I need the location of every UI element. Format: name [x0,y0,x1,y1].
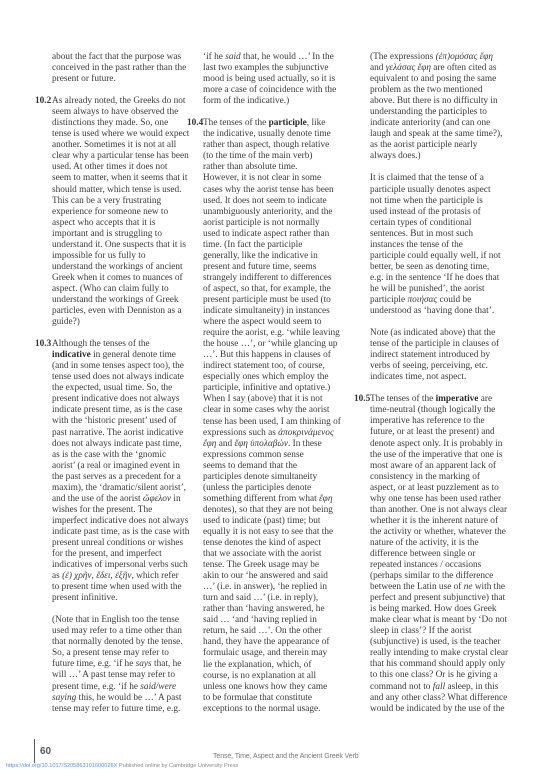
text-line: clear in some cases why the aorist [203,405,355,416]
text-line: turn and said …’ (i.e. in reply), [203,593,355,604]
text-line: clear why a particular tense has been [52,151,192,162]
text-line: of aspect, so that, for example, the [203,284,355,295]
text-line: above. But there is no difficulty in [370,96,520,107]
text-line: as (ἐ) χρῆν, ἔδει, ἐξῆν, which refer [52,571,192,582]
text-line: participle, infinitive and optative.) [203,383,355,394]
text-line: especially ones which employ the [203,372,355,383]
text-line: problem as the two mentioned [370,85,520,96]
text-line: (perhaps similar to the difference [370,571,520,582]
text-line: past narrative. The aorist indicative [52,428,192,439]
paragraph-continuation: about the fact that the purpose was conc… [52,52,192,85]
text-line: the indicative, usually denote time [203,129,355,140]
text-line: seem to matter, when it seems that it [52,173,192,184]
text-line: When I say (above) that it is not [203,394,355,405]
text-fragment: and the use of the aorist [52,494,143,504]
text-line: guide?) [52,317,192,328]
text-line: understood as ‘having done that’. [370,306,520,317]
italic-word: saying [52,693,76,703]
running-title: Tense, Time, Aspect and the Ancient Gree… [213,753,359,760]
greek-word: ἔφη [203,439,216,449]
text-line: require the aorist, e.g. ‘while leaving [203,328,355,339]
italic-word: fall [433,682,445,692]
text-line: tense denotes the kind of aspect [203,538,355,549]
text-line: The tenses of the imperative are [370,394,520,405]
text-fragment: , which refer [131,571,178,581]
section-10-5: 10.5 The tenses of the imperative are ti… [370,394,520,714]
text-line: e.g. in the sentence ‘If he does that [370,273,520,284]
text-fragment: that, he [152,659,182,669]
text-fragment: The tenses of the [370,394,436,404]
text-line: does not always indicate past time, [52,439,192,450]
text-line: It is claimed that the tense of a [370,173,520,184]
text-line: Although the tenses of the [52,339,192,350]
text-line: conceived in the past rather than the [52,63,192,74]
greek-word: (ἐπ)ομόσας ἔφη [436,52,493,62]
section-10-3: 10.3 Although the tenses of the indicati… [52,339,192,604]
italic-word: says [136,659,152,669]
text-line: expressions such as ἀποκρινάμενος [203,428,355,439]
text-line: indicative in general denote time [52,350,192,361]
text-line: aorist participle is not normally [203,218,355,229]
text-line: present and future time, seems [203,262,355,273]
page-number: 60 [40,746,51,757]
text-line: participle ποιήσας could be [370,295,520,306]
section-number: 10.4 [187,118,203,129]
text-line: as is the case with the ‘gnomic [52,450,192,461]
text-fragment: in general denote time [91,350,176,360]
text-fragment: participle [370,295,407,305]
text-line: should matter, which tense is used. [52,185,192,196]
text-line: time. (In fact the participle [203,240,355,251]
text-line: So, a present tense may refer to [52,648,192,659]
text-line: tense has been used, I am thinking of [203,417,355,428]
text-line: wishes for the present. The [52,505,192,516]
text-line: for the present, and imperfect [52,549,192,560]
text-line: time-neutral (though logically the [370,405,520,416]
text-line: indirect statement introduced by [370,350,520,361]
text-line: indirect statement too, of course, [203,361,355,372]
text-line: to this one class? Or is he giving a [370,670,520,681]
text-line: experience for someone new to [52,207,192,218]
text-line: where the aspect would seem to [203,317,355,328]
paragraph-expressions: (The expressions (ἐπ)ομόσας ἔφη and γελά… [370,52,520,162]
text-line: ‘if he said that, he would …’ In the [203,52,355,63]
text-fragment: . In these [288,439,322,449]
text-line: indicate anteriority (and can one [370,118,520,129]
paragraph-claim: It is claimed that the tense of a partic… [370,173,520,317]
text-line: the expected, usual time. So, the [52,383,192,394]
text-line: make clear what is meant by ‘Do not [370,615,520,626]
text-line: rather than absolute time. [203,162,355,173]
text-line: aspect. (Who can claim fully to [52,284,192,295]
text-line: (The expressions (ἐπ)ομόσας ἔφη [370,52,520,63]
text-line: denotes), so that they are not being [203,505,355,516]
text-line: saying this, he would be …’ A past [52,693,192,704]
text-line: equally it is not easy to see that the [203,527,355,538]
text-line: imperative has reference to the [370,416,520,427]
text-line: present time, e.g. ‘if he said/were [52,682,192,693]
text-line: (unless the participles denote [203,483,355,494]
text-line: the use of the imperative that one is [370,450,520,461]
text-line: As already noted, the Greeks do not [52,96,192,107]
text-fragment: (The expressions [370,52,436,62]
text-line: command not to fall asleep, in this [370,682,520,693]
greek-word: ἀποκρινάμενος [278,428,334,438]
text-line: consistency in the marking of [370,472,520,483]
text-line: course, is no explanation at all [203,671,355,682]
text-line: equivalent to and posing the same [370,74,520,85]
text-line: (subjunctive) is used, is the teacher [370,637,520,648]
text-line: he will be punished’, the aorist [370,284,520,295]
italic-word: ne [464,582,473,592]
text-line: not time when the participle is [370,196,520,207]
text-line: formulaic usage, and therein may [203,648,355,659]
text-line: denote aspect only. It is probably in [370,439,520,450]
text-line: tense may refer to future time, e.g. [52,704,192,715]
text-line: generally, like the indicative in [203,251,355,262]
text-line: Greek when it comes to nuances of [52,273,192,284]
text-line: This can be a very frustrating [52,196,192,207]
text-line: the house …’, or ‘while glancing up [203,339,355,350]
text-line: always does.) [370,151,520,162]
text-line: instances the tense of the [370,240,520,251]
text-line: last two examples the subjunctive [203,63,355,74]
text-fragment: expressions such as [203,428,278,438]
term-indicative: indicative [52,350,91,360]
text-line: with the ‘historic present’ used of [52,416,192,427]
text-line: why one tense has been used rather [370,494,520,505]
text-line: indicate simultaneity) in instances [203,306,355,317]
text-fragment: as [52,571,62,581]
text-line: return, he said …’. On the other [203,626,355,637]
text-line: aspect who accepts that it is [52,218,192,229]
doi-link[interactable]: https://doi.org/10.1017/S205863101600026… [6,763,117,769]
text-line: used to indicate aspect rather than [203,229,355,240]
text-line: important and is struggling to [52,229,192,240]
text-line: rather than ‘having answered, he [203,604,355,615]
text-line: aspect, or at least puzzlement as to [370,483,520,494]
text-fragment: and [370,63,386,73]
text-line: and γελάσας ἔφη are often cited as [370,63,520,74]
term-imperative: imperative [436,394,479,404]
text-line: than another. One is not always clear [370,505,520,516]
published-text: Published online by Cambridge University… [119,763,238,769]
term-participle: participle [269,118,307,128]
text-line: unambiguously anteriority, and the [203,207,355,218]
text-line: maxim), the ‘dramatic/silent aorist’, [52,483,192,494]
text-column-1: about the fact that the purpose was conc… [52,52,192,726]
text-line: tense is used where we would expect [52,129,192,140]
greek-word: γελάσας ἔφη [386,63,431,73]
text-line: …’ (i.e. in answer), ‘he replied in [203,582,355,593]
text-line: particles, even with Denniston as a [52,306,192,317]
text-line: used to indicate (past) time; but [203,516,355,527]
text-line: that his command should apply only [370,659,520,670]
text-line: the past serves as a precedent for a [52,472,192,483]
text-line: as the aorist participle nearly [370,140,520,151]
text-line: akin to our ‘he answered and said [203,571,355,582]
text-line: present participle must be used (to [203,295,355,306]
text-line: sleep in class’? If the aorist [370,626,520,637]
text-line: more a case of coincidence with the [203,85,355,96]
text-line: lie the explanation, which, of [203,660,355,671]
text-line: indicate present time, as is the case [52,405,192,416]
text-line: impossible for us fully to [52,251,192,262]
text-line: indicatives of impersonal verbs such [52,560,192,571]
text-line: most aware of an apparent lack of [370,461,520,472]
section-number: 10.5 [354,394,370,405]
text-line: better, be seen as denoting time, [370,262,520,273]
text-line: present infinitive. [52,593,192,604]
section-number: 10.3 [35,339,51,350]
text-line: tense of the participle in clauses of [370,339,520,350]
text-column-3: (The expressions (ἐπ)ομόσας ἔφη and γελά… [370,52,520,726]
text-line: understand the workings of ancient [52,262,192,273]
text-line: expressions common sense [203,450,355,461]
text-line: participles denote simultaneity [203,472,355,483]
text-line: unless one knows how they came [203,682,355,693]
greek-word: (ἐ) χρῆν, ἔδει, ἐξῆν [62,571,131,581]
text-line: used. It does not seem to indicate [203,196,355,207]
text-line: to present time when used with the [52,582,192,593]
text-line: nature of the activity, it is the [370,538,520,549]
note-paragraph: (Note that in English too the tense used… [52,615,192,714]
text-line: ἔφη and ἔφη ὑπολαβών. In these [203,439,355,450]
text-line: whether it is the inherent nature of [370,516,520,527]
doi-footer: https://doi.org/10.1017/S205863101600026… [6,763,238,769]
text-line: strangely indifferent to differences [203,273,355,284]
text-fragment: something different from what [203,494,319,504]
text-line: perfect and present subjunctive) that [370,593,520,604]
text-line: future time, e.g. ‘if he says that, he [52,659,192,670]
text-line: indicates time, not aspect. [370,372,520,383]
text-line: exceptions to the normal usage. [203,704,355,715]
text-column-2: ‘if he said that, he would …’ In the las… [203,52,355,726]
text-line: and the use of the aorist ὤφελον in [52,494,192,505]
greek-word: ἔφη ὑπολαβών [235,439,288,449]
text-fragment: are often cited as [431,63,497,73]
text-fragment: that, he would …’ In the [241,52,334,62]
text-line: (and in some tenses aspect too), the [52,361,192,372]
text-line: understanding the participles to [370,107,520,118]
greek-word: ὤφελον [143,494,171,504]
text-line: present unreal conditions or wishes [52,538,192,549]
text-line: Note (as indicated above) that the [370,328,520,339]
text-line: The tenses of the participle, like [203,118,355,129]
text-line: laugh and speak at the same time?), [370,129,520,140]
footer-divider [34,739,35,763]
section-10-4: 10.4 The tenses of the participle, like … [203,118,355,715]
text-line: (to the time of the main verb) [203,151,355,162]
text-line: understand it. One suspects that it is [52,240,192,251]
text-fragment: and [216,439,234,449]
text-line: verbs of seeing, perceiving, etc. [370,361,520,372]
text-line: participle could equally well, if not [370,251,520,262]
text-line: and any other class? What difference [370,693,520,704]
text-line: hand, they have the appearance of [203,637,355,648]
text-fragment: between the Latin use of [370,582,464,592]
text-line: (Note that in English too the tense [52,615,192,626]
text-line: present or future. [52,74,192,85]
text-line: indicate past time, as is the case with [52,527,192,538]
text-line: that normally denoted by the tense. [52,637,192,648]
text-line: participle usually denotes aspect [370,185,520,196]
text-line: tense used does not always indicate [52,372,192,383]
text-line: rather than aspect, though relative [203,140,355,151]
text-line: is being marked. How does Greek [370,604,520,615]
text-line: repeated instances / occasions [370,560,520,571]
text-line: another. Sometimes it is not at all [52,140,192,151]
greek-word: ἔφη [319,494,332,504]
paragraph-note-indirect: Note (as indicated above) that the tense… [370,328,520,383]
section-10-2: 10.2 As already noted, the Greeks do not… [52,96,192,328]
text-fragment: could be [437,295,471,305]
text-line: to be formulae that constitute [203,693,355,704]
text-line: …’. But this happens in clauses of [203,350,355,361]
text-line: seems to demand that the [203,461,355,472]
text-line: used. At other times it does not [52,162,192,173]
text-fragment: command not to [370,682,433,692]
text-fragment: with the [473,582,506,592]
text-fragment: future time, e.g. ‘if he [52,659,136,669]
paragraph-continuation: ‘if he said that, he would …’ In the las… [203,52,355,107]
italic-word: said/were [140,682,176,692]
text-fragment: ‘if he [203,52,225,62]
text-line: used instead of the protasis of [370,207,520,218]
text-fragment: , like [307,118,326,128]
text-line: that we associate with the aorist [203,549,355,560]
text-line: future, or at least the present) and [370,427,520,438]
text-line: form of the indicative.) [203,96,355,107]
text-line: would be indicated by the use of the [370,704,520,715]
text-line: about the fact that the purpose was [52,52,192,63]
text-line: used may refer to a time other than [52,626,192,637]
text-line: present indicative does not always [52,394,192,405]
text-line: However, it is not clear in some [203,173,355,184]
text-line: said … ‘and ‘having replied in [203,615,355,626]
text-line: something different from what ἔφη [203,494,355,505]
text-fragment: present time, e.g. ‘if he [52,682,140,692]
text-fragment: this, he would be …’ A past [76,693,181,703]
section-number: 10.2 [35,96,51,107]
text-line: certain types of conditional [370,218,520,229]
text-line: aorist’ (a real or imagined event in [52,461,192,472]
text-fragment: in [171,494,181,504]
text-fragment: The tenses of the [203,118,269,128]
text-line: cases why the aorist tense has been [203,185,355,196]
text-line: really intending to make crystal clear [370,648,520,659]
text-line: difference between single or [370,549,520,560]
text-line: sentences. But in most such [370,229,520,240]
text-line: tense. The Greek usage may be [203,560,355,571]
text-line: between the Latin use of ne with the [370,582,520,593]
greek-word: ποιήσας [407,295,437,305]
text-line: will …’ A past tense may refer to [52,670,192,681]
text-fragment: asleep, in this [445,682,498,692]
text-line: understand the workings of Greek [52,295,192,306]
text-line: imperfect indicative does not always [52,516,192,527]
text-line: the activity or whether, whatever the [370,527,520,538]
text-line: distinctions they made. So, one [52,118,192,129]
text-fragment: are [478,394,492,404]
text-line: seem always to have observed the [52,107,192,118]
italic-word: said [225,52,241,62]
text-line: mood is being used actually, so it is [203,74,355,85]
